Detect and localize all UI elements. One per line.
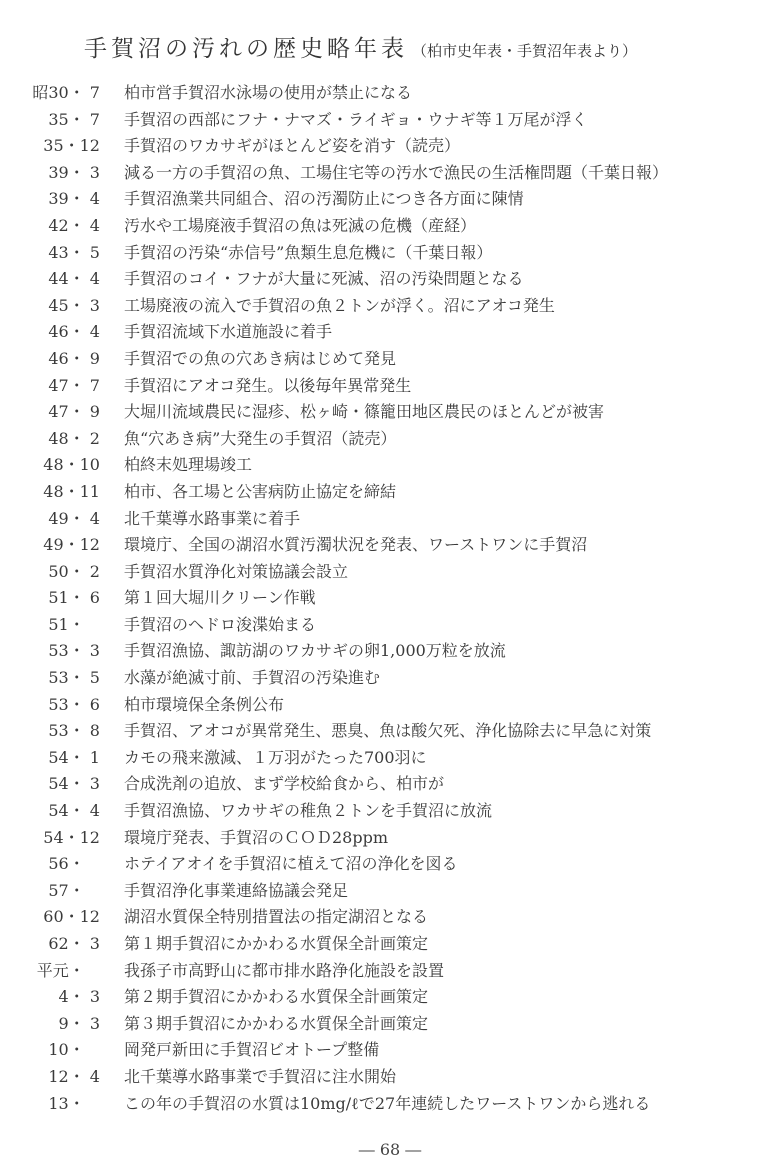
timeline-row: 49・ 4北千葉導水路事業に着手 (0, 506, 780, 533)
event-date: 54・ 1 (0, 745, 100, 772)
event-date: 42・ 4 (0, 213, 100, 240)
timeline-row: 53・ 8手賀沼、アオコが異常発生、悪臭、魚は酸欠死、浄化協除去に早急に対策 (0, 718, 780, 745)
timeline-row: 54・ 1カモの飛来激減、１万羽がたった700羽に (0, 745, 780, 772)
event-date: 12・ 4 (0, 1064, 100, 1091)
event-text: 手賀沼での魚の穴あき病はじめて発見 (124, 346, 396, 373)
event-text: この年の手賀沼の水質は10mg/ℓで27年連続したワーストワンから逃れる (124, 1091, 650, 1118)
timeline-row: 48・ 2魚“穴あき病”大発生の手賀沼（読売） (0, 426, 780, 453)
event-date: 54・ 4 (0, 798, 100, 825)
event-date: 46・ 9 (0, 346, 100, 373)
timeline-row: 45・ 3工場廃液の流入で手賀沼の魚２トンが浮く。沼にアオコ発生 (0, 293, 780, 320)
timeline-row: 50・ 2手賀沼水質浄化対策協議会設立 (0, 559, 780, 586)
event-date: 56・ (0, 851, 100, 878)
timeline-row: 53・ 6柏市環境保全条例公布 (0, 692, 780, 719)
event-text: 第１回大堀川クリーン作戦 (124, 585, 316, 612)
timeline-row: 9・ 3第３期手賀沼にかかわる水質保全計画策定 (0, 1011, 780, 1038)
event-date: 49・ 4 (0, 506, 100, 533)
timeline-row: 平元・ 我孫子市高野山に都市排水路浄化施設を設置 (0, 958, 780, 985)
event-date: 51・ 6 (0, 585, 100, 612)
page-number: ― 68 ― (0, 1140, 780, 1159)
event-date: 49・12 (0, 532, 100, 559)
event-text: 魚“穴あき病”大発生の手賀沼（読売） (124, 426, 396, 453)
event-text: 手賀沼のヘドロ浚渫始まる (124, 612, 316, 639)
page-title: 手賀沼の汚れの歴史略年表（柏市史年表・手賀沼年表より） (84, 30, 637, 63)
timeline-row: 35・12手賀沼のワカサギがほとんど姿を消す（読売） (0, 133, 780, 160)
event-date: 39・ 4 (0, 186, 100, 213)
timeline-row: 48・11柏市、各工場と公害病防止協定を締結 (0, 479, 780, 506)
timeline-row: 54・ 3合成洗剤の追放、まず学校給食から、柏市が (0, 771, 780, 798)
timeline-row: 60・12湖沼水質保全特別措置法の指定湖沼となる (0, 904, 780, 931)
timeline-row: 46・ 9手賀沼での魚の穴あき病はじめて発見 (0, 346, 780, 373)
timeline-row: 4・ 3第２期手賀沼にかかわる水質保全計画策定 (0, 984, 780, 1011)
event-text: 柏市営手賀沼水泳場の使用が禁止になる (124, 80, 412, 107)
event-date: 53・ 3 (0, 638, 100, 665)
event-text: 合成洗剤の追放、まず学校給食から、柏市が (124, 771, 444, 798)
event-date: 44・ 4 (0, 266, 100, 293)
timeline-row: 42・ 4汚水や工場廃液手賀沼の魚は死滅の危機（産経） (0, 213, 780, 240)
timeline-row: 39・ 4手賀沼漁業共同組合、沼の汚濁防止につき各方面に陳情 (0, 186, 780, 213)
timeline-row: 12・ 4北千葉導水路事業で手賀沼に注水開始 (0, 1064, 780, 1091)
event-date: 62・ 3 (0, 931, 100, 958)
event-date: 48・10 (0, 452, 100, 479)
event-text: カモの飛来激減、１万羽がたった700羽に (124, 745, 427, 772)
title-main: 手賀沼の汚れの歴史略年表 (84, 36, 408, 62)
title-source: （柏市史年表・手賀沼年表より） (412, 42, 637, 60)
timeline-row: 57・ 手賀沼浄化事業連絡協議会発足 (0, 878, 780, 905)
event-date: 35・12 (0, 133, 100, 160)
event-date: 54・ 3 (0, 771, 100, 798)
timeline-row: 62・ 3第１期手賀沼にかかわる水質保全計画策定 (0, 931, 780, 958)
timeline-row: 54・ 4手賀沼漁協、ワカサギの稚魚２トンを手賀沼に放流 (0, 798, 780, 825)
event-text: 工場廃液の流入で手賀沼の魚２トンが浮く。沼にアオコ発生 (124, 293, 555, 320)
event-date: 53・ 6 (0, 692, 100, 719)
event-date: 54・12 (0, 825, 100, 852)
event-date: 46・ 4 (0, 319, 100, 346)
timeline-row: 10・ 岡発戸新田に手賀沼ビオトープ整備 (0, 1037, 780, 1064)
event-date: 9・ 3 (0, 1011, 100, 1038)
event-text: 手賀沼漁協、諏訪湖のワカサギの卵1,000万粒を放流 (124, 638, 506, 665)
timeline-row: 56・ ホテイアオイを手賀沼に植えて沼の浄化を図る (0, 851, 780, 878)
event-text: 手賀沼流域下水道施設に着手 (124, 319, 332, 346)
event-text: 岡発戸新田に手賀沼ビオトープ整備 (124, 1037, 379, 1064)
event-text: 我孫子市高野山に都市排水路浄化施設を設置 (124, 958, 444, 985)
event-text: 柏市環境保全条例公布 (124, 692, 284, 719)
event-date: 53・ 8 (0, 718, 100, 745)
event-text: 減る一方の手賀沼の魚、工場住宅等の汚水で漁民の生活権問題（千葉日報） (124, 160, 668, 187)
event-text: 手賀沼のコイ・フナが大量に死滅、沼の汚染問題となる (124, 266, 524, 293)
timeline-row: 39・ 3減る一方の手賀沼の魚、工場住宅等の汚水で漁民の生活権問題（千葉日報） (0, 160, 780, 187)
event-text: 手賀沼漁業共同組合、沼の汚濁防止につき各方面に陳情 (124, 186, 524, 213)
event-date: 39・ 3 (0, 160, 100, 187)
event-text: ホテイアオイを手賀沼に植えて沼の浄化を図る (124, 851, 457, 878)
event-text: 環境庁、全国の湖沼水質汚濁状況を発表、ワーストワンに手賀沼 (124, 532, 587, 559)
timeline-row: 46・ 4手賀沼流域下水道施設に着手 (0, 319, 780, 346)
event-text: 手賀沼にアオコ発生。以後毎年異常発生 (124, 373, 411, 400)
event-text: 第１期手賀沼にかかわる水質保全計画策定 (124, 931, 428, 958)
event-date: 57・ (0, 878, 100, 905)
event-date: 48・11 (0, 479, 100, 506)
event-date: 48・ 2 (0, 426, 100, 453)
event-date: 4・ 3 (0, 984, 100, 1011)
event-date: 43・ 5 (0, 240, 100, 267)
timeline-row: 47・ 9大堀川流域農民に湿疹、松ヶ崎・篠籠田地区農民のほとんどが被害 (0, 399, 780, 426)
event-date: 13・ (0, 1091, 100, 1118)
event-text: 環境庁発表、手賀沼のＣＯＤ28ppm (124, 825, 388, 852)
event-date: 昭30・ 7 (0, 80, 100, 107)
timeline-row: 44・ 4手賀沼のコイ・フナが大量に死滅、沼の汚染問題となる (0, 266, 780, 293)
timeline-row: 47・ 7手賀沼にアオコ発生。以後毎年異常発生 (0, 373, 780, 400)
timeline-row: 13・ この年の手賀沼の水質は10mg/ℓで27年連続したワーストワンから逃れる (0, 1091, 780, 1118)
event-date: 53・ 5 (0, 665, 100, 692)
event-date: 35・ 7 (0, 107, 100, 134)
event-date: 47・ 7 (0, 373, 100, 400)
event-text: 汚水や工場廃液手賀沼の魚は死滅の危機（産経） (124, 213, 476, 240)
timeline-row: 53・ 3手賀沼漁協、諏訪湖のワカサギの卵1,000万粒を放流 (0, 638, 780, 665)
timeline-row: 51・ 6第１回大堀川クリーン作戦 (0, 585, 780, 612)
event-text: 手賀沼水質浄化対策協議会設立 (124, 559, 348, 586)
event-text: 手賀沼、アオコが異常発生、悪臭、魚は酸欠死、浄化協除去に早急に対策 (124, 718, 651, 745)
event-date: 10・ (0, 1037, 100, 1064)
event-text: 手賀沼のワカサギがほとんど姿を消す（読売） (124, 133, 460, 160)
timeline-row: 48・10柏終末処理場竣工 (0, 452, 780, 479)
timeline-list: 昭30・ 7柏市営手賀沼水泳場の使用が禁止になる35・ 7手賀沼の西部にフナ・ナ… (0, 80, 780, 1117)
timeline-row: 51・ 手賀沼のヘドロ浚渫始まる (0, 612, 780, 639)
event-text: 手賀沼浄化事業連絡協議会発足 (124, 878, 348, 905)
event-text: 北千葉導水路事業で手賀沼に注水開始 (124, 1064, 396, 1091)
event-text: 手賀沼の汚染“赤信号”魚類生息危機に（千葉日報） (124, 240, 492, 267)
event-date: 平元・ (0, 958, 100, 985)
event-text: 北千葉導水路事業に着手 (124, 506, 300, 533)
event-text: 手賀沼漁協、ワカサギの稚魚２トンを手賀沼に放流 (124, 798, 492, 825)
event-date: 60・12 (0, 904, 100, 931)
event-text: 大堀川流域農民に湿疹、松ヶ崎・篠籠田地区農民のほとんどが被害 (124, 399, 604, 426)
event-text: 第３期手賀沼にかかわる水質保全計画策定 (124, 1011, 428, 1038)
event-text: 手賀沼の西部にフナ・ナマズ・ライギョ・ウナギ等１万尾が浮く (124, 107, 588, 134)
event-text: 第２期手賀沼にかかわる水質保全計画策定 (124, 984, 428, 1011)
event-text: 水藻が絶滅寸前、手賀沼の汚染進む (124, 665, 380, 692)
timeline-row: 54・12環境庁発表、手賀沼のＣＯＤ28ppm (0, 825, 780, 852)
timeline-row: 43・ 5手賀沼の汚染“赤信号”魚類生息危機に（千葉日報） (0, 240, 780, 267)
event-text: 柏終末処理場竣工 (124, 452, 252, 479)
timeline-row: 49・12環境庁、全国の湖沼水質汚濁状況を発表、ワーストワンに手賀沼 (0, 532, 780, 559)
event-text: 湖沼水質保全特別措置法の指定湖沼となる (124, 904, 428, 931)
event-date: 50・ 2 (0, 559, 100, 586)
timeline-row: 35・ 7手賀沼の西部にフナ・ナマズ・ライギョ・ウナギ等１万尾が浮く (0, 107, 780, 134)
event-date: 51・ (0, 612, 100, 639)
event-text: 柏市、各工場と公害病防止協定を締結 (124, 479, 396, 506)
timeline-row: 昭30・ 7柏市営手賀沼水泳場の使用が禁止になる (0, 80, 780, 107)
event-date: 47・ 9 (0, 399, 100, 426)
event-date: 45・ 3 (0, 293, 100, 320)
timeline-row: 53・ 5水藻が絶滅寸前、手賀沼の汚染進む (0, 665, 780, 692)
